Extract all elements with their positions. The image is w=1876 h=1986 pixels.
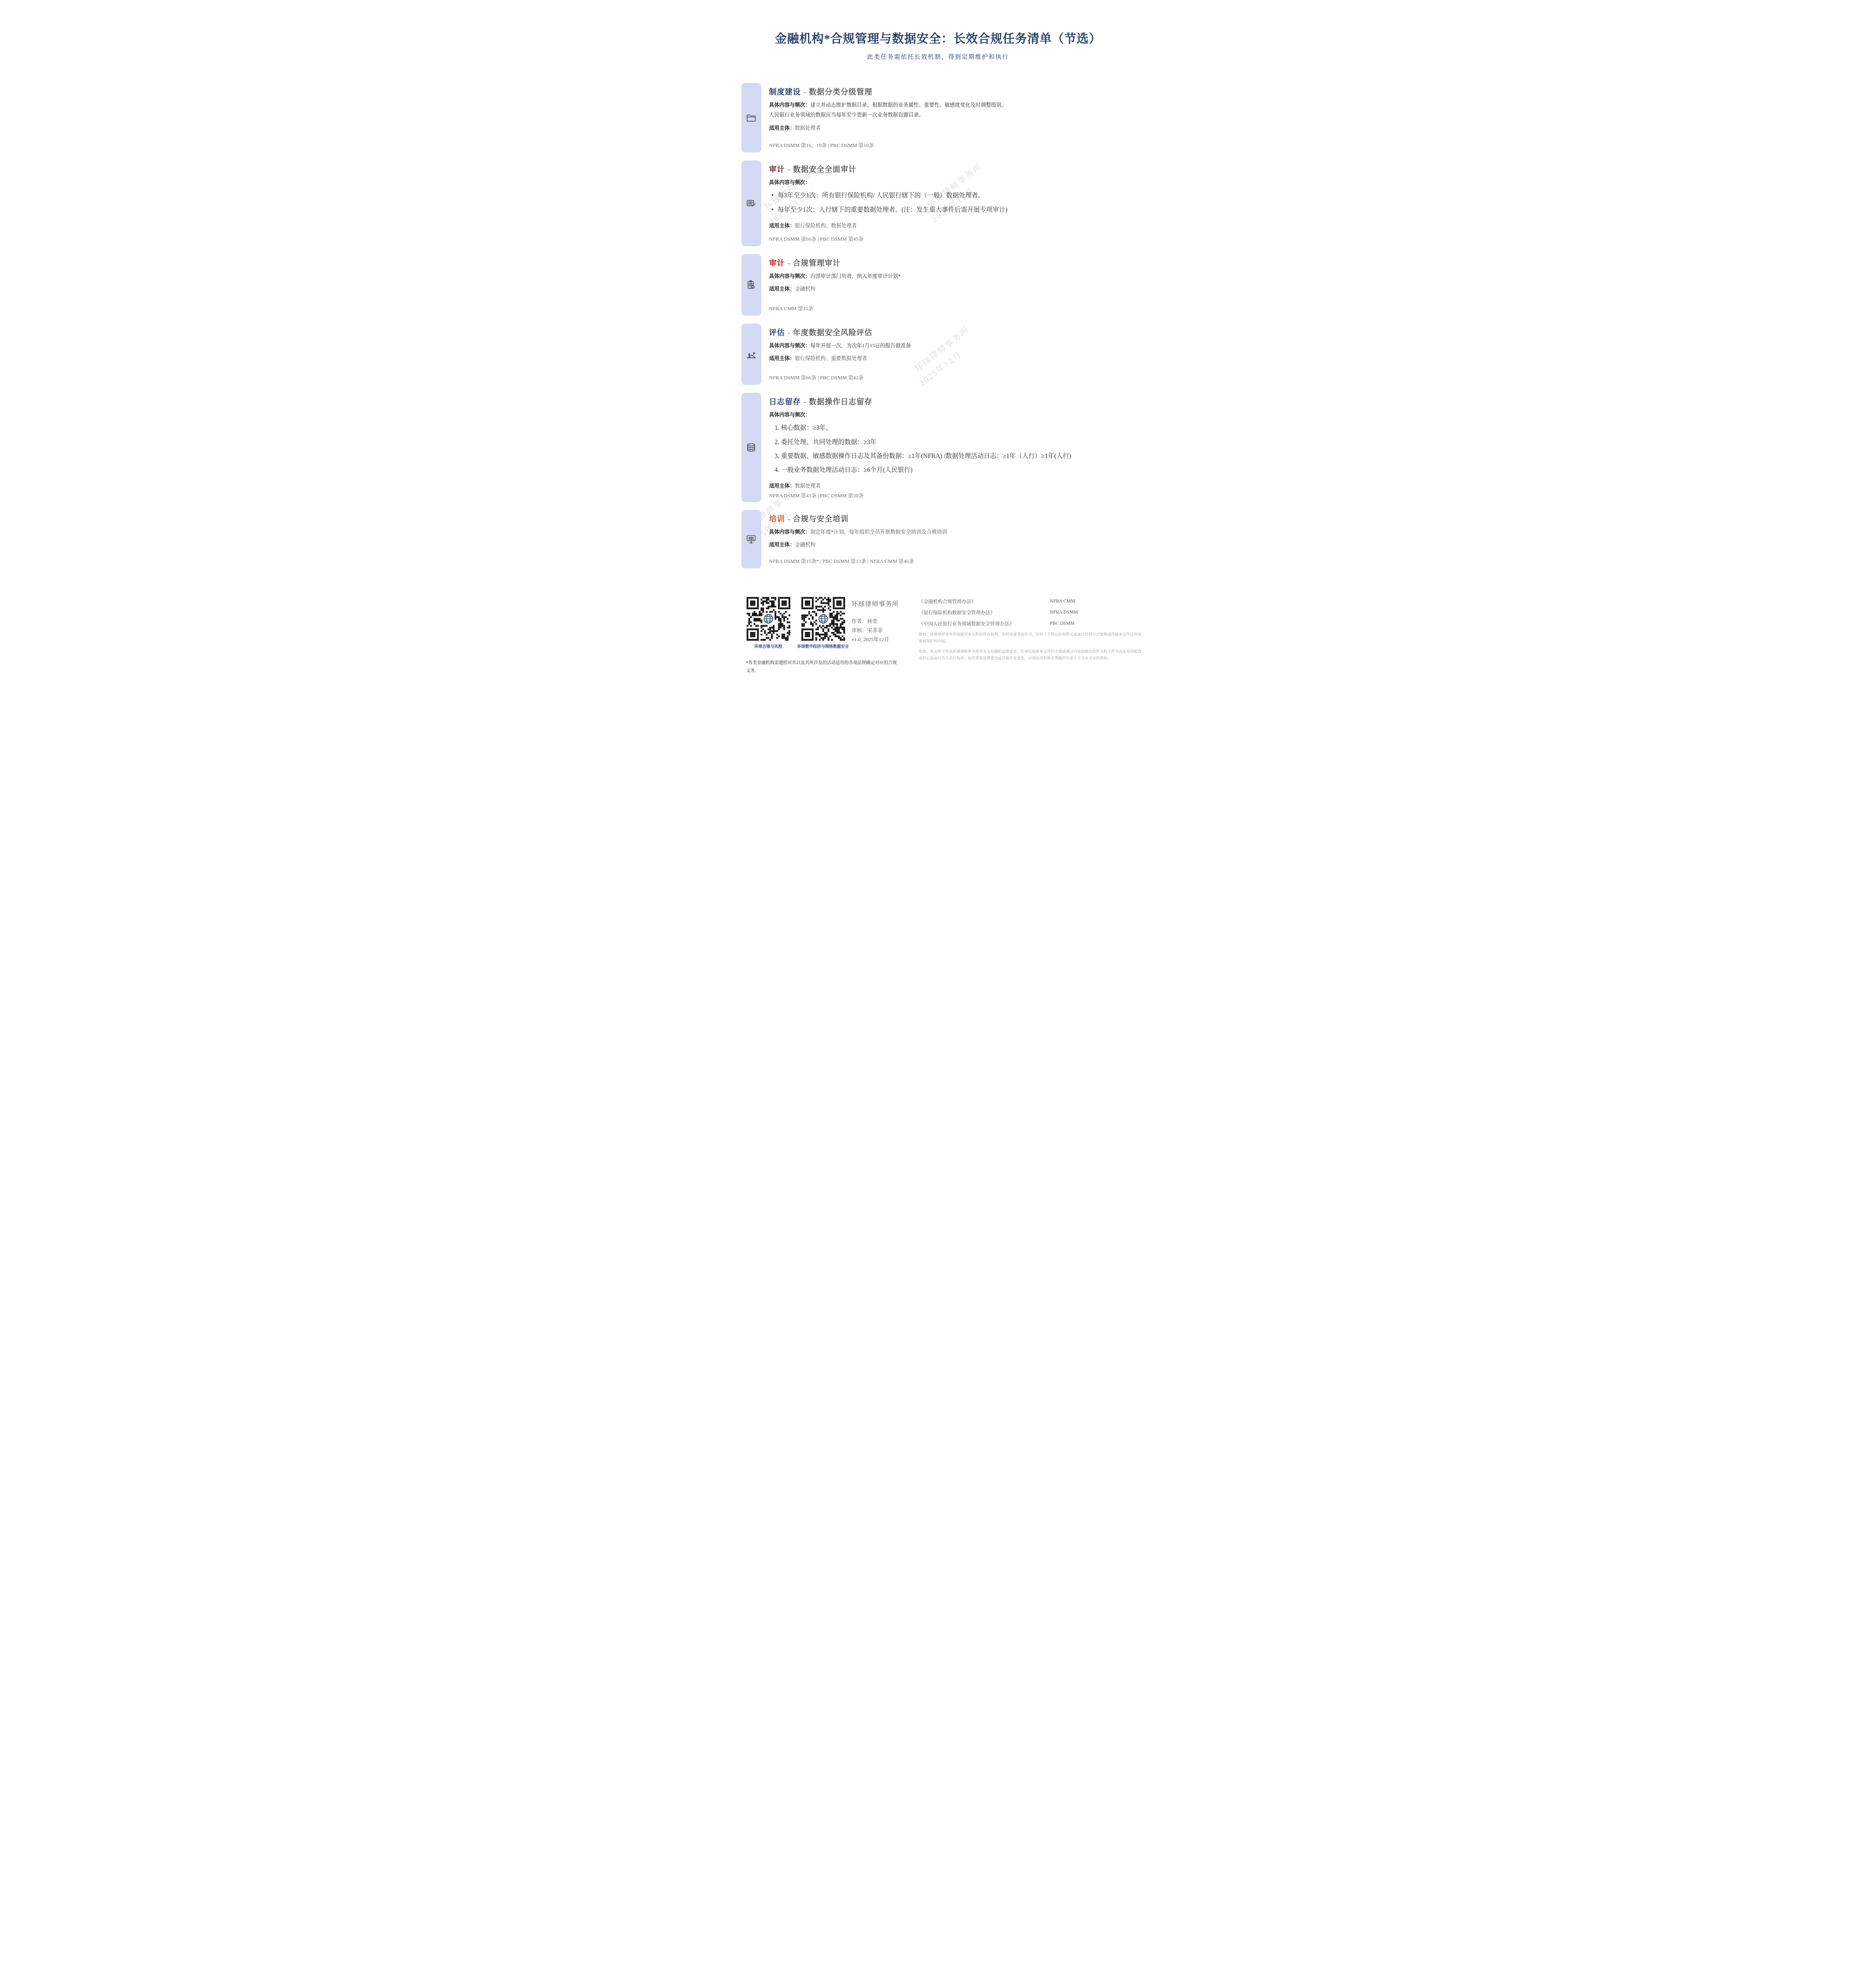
training-screen-icon	[746, 534, 757, 545]
card-icon-strip	[741, 324, 761, 385]
card-title: 日志留存-数据操作日志留存	[769, 396, 1167, 407]
card-icon-strip	[741, 510, 761, 568]
card-subtitle: 数据分类分级管理	[809, 88, 872, 97]
card-icon-strip	[741, 83, 761, 153]
poster-page: 环球律师事务所2025年12月 环球律师事务所2025年12月 环球律师事务所2…	[704, 0, 1173, 704]
task-card-data-classification: 制度建设-数据分类分级管理 具体内容与频次：建立并动态维护数据目录，根据数据的业…	[741, 83, 1167, 153]
author-line: 作者：林奕	[852, 617, 899, 626]
task-card-security-audit: 审计-数据安全全面审计 具体内容与频次： 每3年至少1次：所有银行保险机构/ 人…	[741, 160, 1167, 246]
card-legal-refs: NFRA CMM 第35条	[769, 303, 1167, 313]
title-dash: -	[788, 329, 790, 337]
legend-block: 《金融机构合规管理办法》 NFRA CMM 《银行保险机构数据安全管理办法》 N…	[919, 598, 1144, 662]
card-subject: 适用主体：金融机构	[769, 284, 1167, 294]
numbered-item: 一般业务数据处理活动日志：≥6个月(人民银行)	[781, 464, 1167, 476]
page-title: 金融机构*合规管理与数据安全：长效合规任务清单（节选）	[704, 29, 1173, 46]
risk-assessment-icon	[746, 349, 757, 360]
audit-doc-icon	[746, 198, 757, 209]
card-subtitle: 数据安全全面审计	[793, 166, 857, 174]
regulation-abbr: NFRA DSMM	[1050, 609, 1078, 616]
card-bullet-list: 每3年至少1次：所有银行保险机构/ 人民银行辖下的（一般）数据处理者。 每年至少…	[769, 188, 1167, 217]
qr-code-row: 环球合规与风控 环球数字经济与网络数据安全	[746, 597, 845, 649]
page-subtitle: 此类任务需依托长效机制，得到定期维护和执行	[704, 52, 1173, 61]
card-content: 具体内容与频次：建立并动态维护数据目录，根据数据的业务属性、重要性、敏感度变化及…	[769, 100, 1167, 110]
qr-code	[801, 597, 845, 641]
task-card-compliance-audit: 审计-合规管理审计 具体内容与频次：内部审计部门负责，纳入年度审计计划* 适用主…	[741, 254, 1167, 316]
card-content: 具体内容与频次：制定年度*计划，每年组织全员开展数据安全培训及合规培训	[769, 527, 1167, 537]
qr-caption: 环球数字经济与网络数据安全	[797, 643, 849, 649]
numbered-item: 委托处理、共同处理的数据：≥3年	[781, 436, 1167, 448]
card-category: 培训	[769, 515, 785, 524]
card-legal-refs: NFRA DSMM 第16、19条 | PBC DSMM 第10条	[769, 140, 1167, 150]
page-header: 金融机构*合规管理与数据安全：长效合规任务清单（节选） 此类任务需依托长效机制，…	[704, 0, 1173, 61]
card-title: 审计-合规管理审计	[769, 257, 1167, 268]
footnote-text: *各类金融机构需遵照对其以及其所涉及的活动适用的各项法规确定对应的合规义务。	[746, 659, 901, 675]
bullet-item: 每3年至少1次：所有银行保险机构/ 人民银行辖下的（一般）数据处理者。	[772, 189, 1167, 202]
numbered-item: 重要数据、敏感数据操作日志及其备份数据：≥1年(NFRA) /数据处理活动日志：…	[781, 450, 1167, 462]
title-dash: -	[788, 166, 790, 174]
card-content-label: 具体内容与频次：	[769, 410, 1167, 419]
qr-code	[747, 597, 790, 641]
regulation-name: 《金融机构合规管理办法》	[919, 598, 1050, 605]
card-category: 审计	[769, 166, 785, 174]
card-title: 制度建设-数据分类分级管理	[769, 86, 1167, 97]
card-subject: 适用主体：数据处理者	[769, 481, 1167, 491]
regulation-abbr: NFRA CMM	[1050, 598, 1075, 605]
card-title: 审计-数据安全全面审计	[769, 164, 1167, 174]
qr-unit-digital-economy: 环球数字经济与网络数据安全	[801, 597, 845, 649]
card-legal-refs: NFRA DSMM 第15条* | PBC DSMM 第13条 | NFRA C…	[769, 556, 1167, 566]
card-icon-strip	[741, 254, 761, 316]
card-legal-refs: NFRA DSMM 第66条 | PBC DSMM 第42条	[769, 373, 1167, 383]
card-content-line2: 人民银行业务领域的数据应当每年至少更新一次业务数据资源目录。	[769, 110, 1167, 120]
card-content: 具体内容与频次：内部审计部门负责，纳入年度审计计划*	[769, 271, 1167, 281]
folder-icon	[746, 112, 757, 123]
disclaimer-text: 免责：本文件不代表环球律师事务所对有关问题的法律意见，任何仅依照本文件的全部或部…	[919, 649, 1144, 662]
bullet-item: 每年至少1次：人行辖下的重要数据处理者。(注：发生重大事件后需开展专项审计)	[772, 204, 1167, 216]
card-subject: 适用主体：金融机构	[769, 539, 1167, 549]
regulation-abbr: PBC DSMM	[1050, 620, 1075, 627]
card-category: 制度建设	[769, 88, 801, 97]
card-category: 评估	[769, 329, 785, 337]
regulation-name: 《银行保险机构数据安全管理办法》	[919, 609, 1050, 616]
title-dash: -	[804, 88, 806, 97]
version-line: v1.0, 2025年12月	[852, 635, 899, 644]
reviewer-line: 审核：宋菲菲	[852, 626, 899, 635]
qr-caption: 环球合规与风控	[755, 643, 782, 649]
firm-name: 环球律师事务所	[852, 599, 899, 608]
task-card-training: 培训-合规与安全培训 具体内容与频次：制定年度*计划，每年组织全员开展数据安全培…	[741, 510, 1167, 568]
card-numbered-list: 核心数据：≥3年。 委托处理、共同处理的数据：≥3年 重要数据、敏感数据操作日志…	[769, 420, 1167, 478]
copyright-text: 版权：环球律师事务所保留对本文件的所有权利。未经环球书面许可，任何人不得以任何形…	[919, 632, 1144, 645]
card-title: 培训-合规与安全培训	[769, 513, 1167, 524]
card-title: 评估-年度数据安全风险评估	[769, 327, 1167, 338]
title-dash: -	[804, 398, 806, 406]
database-icon	[746, 442, 757, 453]
card-content-label: 具体内容与频次：	[769, 177, 1167, 187]
card-category: 审计	[769, 259, 785, 268]
card-content: 具体内容与频次：每年开展一次，为次年1月15日的报告做准备	[769, 340, 1167, 350]
card-subject: 适用主体：银行保险机构、数据处理者	[769, 220, 1167, 230]
card-subtitle: 合规与安全培训	[793, 515, 849, 524]
card-legal-refs: NFRA DSMM 第43条 | PBC DSMM 第30条	[769, 491, 1167, 500]
card-icon-strip	[741, 160, 761, 246]
title-dash: -	[788, 259, 790, 268]
card-subtitle: 年度数据安全风险评估	[793, 329, 872, 337]
card-subtitle: 合规管理审计	[793, 259, 841, 268]
task-card-list: 制度建设-数据分类分级管理 具体内容与频次：建立并动态维护数据目录，根据数据的业…	[704, 83, 1173, 568]
card-subtitle: 数据操作日志留存	[809, 398, 872, 406]
card-subject: 适用主体：银行保险机构、重要数据处理者	[769, 353, 1167, 363]
card-subject: 适用主体：数据处理者	[769, 123, 1167, 133]
legend-row: 《中国人民银行业务领域数据安全管理办法》 PBC DSMM	[919, 620, 1144, 627]
task-card-log-retention: 日志留存-数据操作日志留存 具体内容与频次： 核心数据：≥3年。 委托处理、共同…	[741, 393, 1167, 502]
legend-row: 《银行保险机构数据安全管理办法》 NFRA DSMM	[919, 609, 1144, 616]
card-icon-strip	[741, 393, 761, 502]
regulation-name: 《中国人民银行业务领域数据安全管理办法》	[919, 620, 1050, 627]
numbered-item: 核心数据：≥3年。	[781, 422, 1167, 434]
card-category: 日志留存	[769, 398, 801, 406]
task-card-risk-assessment: 评估-年度数据安全风险评估 具体内容与频次：每年开展一次，为次年1月15日的报告…	[741, 324, 1167, 385]
credits-block: 环球律师事务所 作者：林奕 审核：宋菲菲 v1.0, 2025年12月	[852, 599, 899, 644]
clipboard-check-icon	[746, 280, 757, 290]
title-dash: -	[788, 515, 790, 524]
card-legal-refs: NFRA DSMM 第66条 | PBC DSMM 第45条	[769, 234, 1167, 244]
legend-row: 《金融机构合规管理办法》 NFRA CMM	[919, 598, 1144, 605]
qr-unit-compliance: 环球合规与风控	[746, 597, 791, 649]
